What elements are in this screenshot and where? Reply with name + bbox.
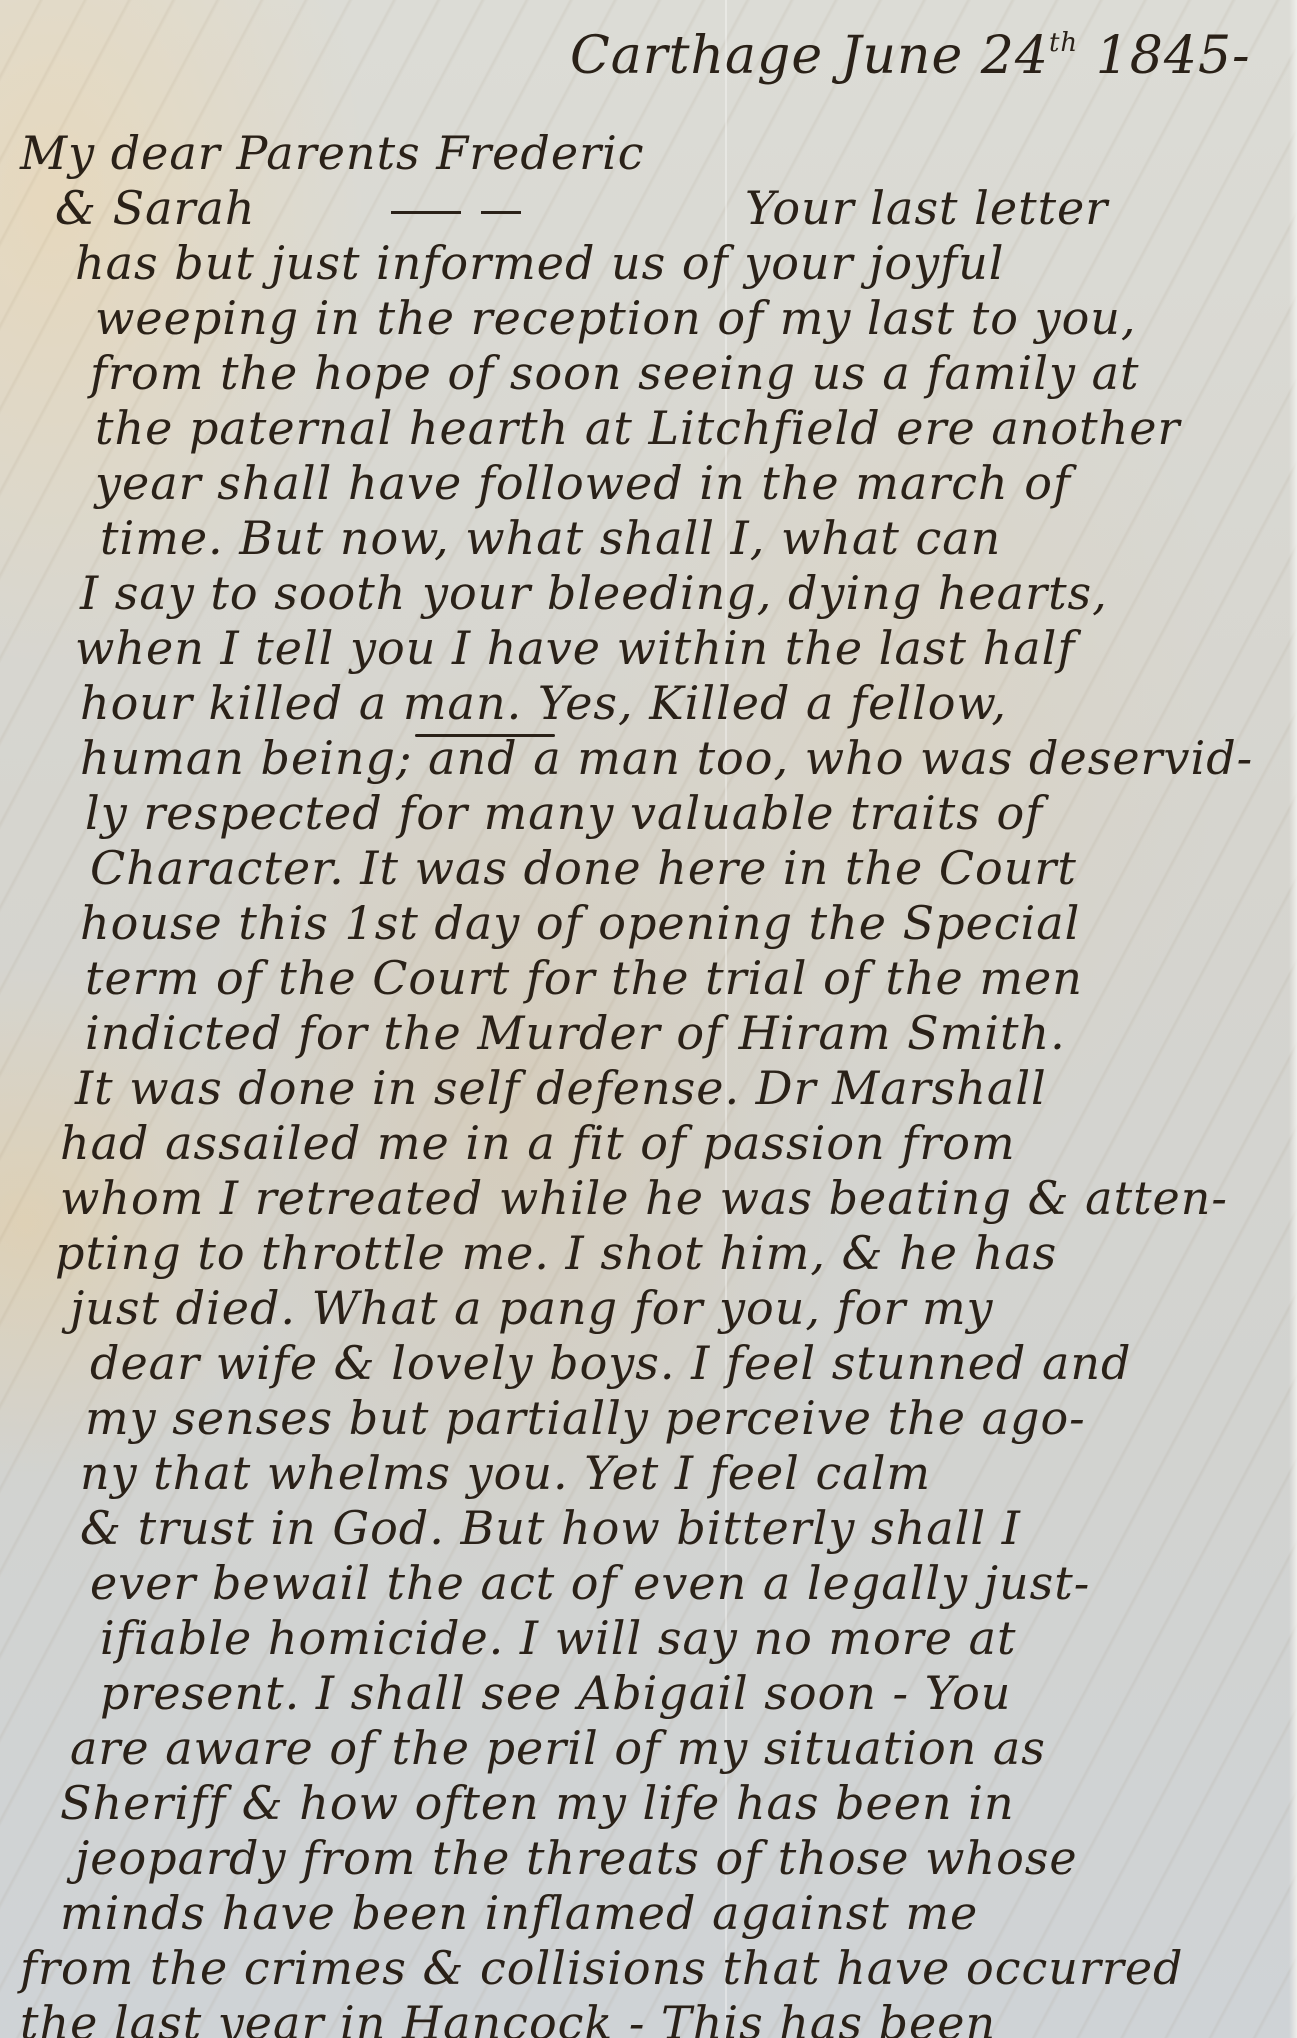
salutation-line-2: & Sarah bbox=[55, 185, 541, 231]
body-line: has but just informed us of your joyful bbox=[75, 240, 1004, 286]
dateline-place: Carthage bbox=[570, 26, 823, 86]
body-line: weeping in the reception of my last to y… bbox=[95, 295, 1137, 341]
letter-dateline: Carthage June 24th 1845- bbox=[570, 30, 1251, 82]
body-line: my senses but partially perceive the ago… bbox=[85, 1395, 1086, 1441]
body-line: ifiable homicide. I will say no more at bbox=[100, 1615, 1016, 1661]
dateline-day-suffix: th bbox=[1049, 28, 1078, 58]
dateline-day: 24 bbox=[981, 26, 1049, 86]
body-line: Sheriff & how often my life has been in bbox=[60, 1780, 1015, 1826]
body-line: Your last letter bbox=[745, 185, 1108, 231]
body-line: pting to throttle me. I shot him, & he h… bbox=[55, 1230, 1057, 1276]
dateline-year: 1845- bbox=[1096, 26, 1251, 86]
body-line: year shall have followed in the march of bbox=[95, 460, 1071, 506]
body-line: present. I shall see Abigail soon - You bbox=[100, 1670, 1011, 1716]
body-line: human being; and a man too, who was dese… bbox=[80, 735, 1253, 781]
letter-page: Carthage June 24th 1845- My dear Parents… bbox=[0, 0, 1297, 2038]
salutation-line-1: My dear Parents Frederic bbox=[20, 130, 645, 176]
body-line: I say to sooth your bleeding, dying hear… bbox=[80, 570, 1108, 616]
body-line: had assailed me in a fit of passion from bbox=[60, 1120, 1016, 1166]
body-line: ever bewail the act of even a legally ju… bbox=[90, 1560, 1090, 1606]
body-line: jeopardy from the threats of those whose bbox=[75, 1835, 1078, 1881]
body-line: & trust in God. But how bitterly shall I bbox=[80, 1505, 1021, 1551]
body-line: Character. It was done here in the Court bbox=[90, 845, 1077, 891]
flourish-dash bbox=[481, 211, 521, 214]
paper-edge bbox=[1289, 0, 1297, 2038]
body-line: dear wife & lovely boys. I feel stunned … bbox=[90, 1340, 1132, 1386]
body-line: house this 1st day of opening the Specia… bbox=[80, 900, 1080, 946]
body-line: from the crimes & collisions that have o… bbox=[20, 1945, 1184, 1991]
body-line: ny that whelms you. Yet I feel calm bbox=[80, 1450, 931, 1496]
body-line: ly respected for many valuable traits of bbox=[85, 790, 1043, 836]
body-line: minds have been inflamed against me bbox=[60, 1890, 978, 1936]
body-line: just died. What a pang for you, for my bbox=[70, 1285, 994, 1331]
body-line: indicted for the Murder of Hiram Smith. bbox=[85, 1010, 1066, 1056]
body-line: when I tell you I have within the last h… bbox=[75, 625, 1075, 671]
salutation-sarah: & Sarah bbox=[55, 181, 256, 235]
flourish-dash bbox=[391, 211, 461, 214]
body-line-with-emphasis: hour killed a man. Yes, Killed a fellow, bbox=[80, 680, 1007, 726]
body-line: It was done in self defense. Dr Marshall bbox=[75, 1065, 1047, 1111]
emphasis-underline bbox=[415, 734, 555, 737]
body-line: the last year in Hancock - This has been bbox=[20, 2000, 996, 2038]
body-line: the paternal hearth at Litchfield ere an… bbox=[95, 405, 1180, 451]
body-line: are aware of the peril of my situation a… bbox=[70, 1725, 1046, 1771]
body-line: time. But now, what shall I, what can bbox=[100, 515, 1001, 561]
body-line: term of the Court for the trial of the m… bbox=[85, 955, 1083, 1001]
dateline-month: June bbox=[841, 26, 964, 86]
body-line: whom I retreated while he was beating & … bbox=[60, 1175, 1228, 1221]
body-line: from the hope of soon seeing us a family… bbox=[90, 350, 1139, 396]
